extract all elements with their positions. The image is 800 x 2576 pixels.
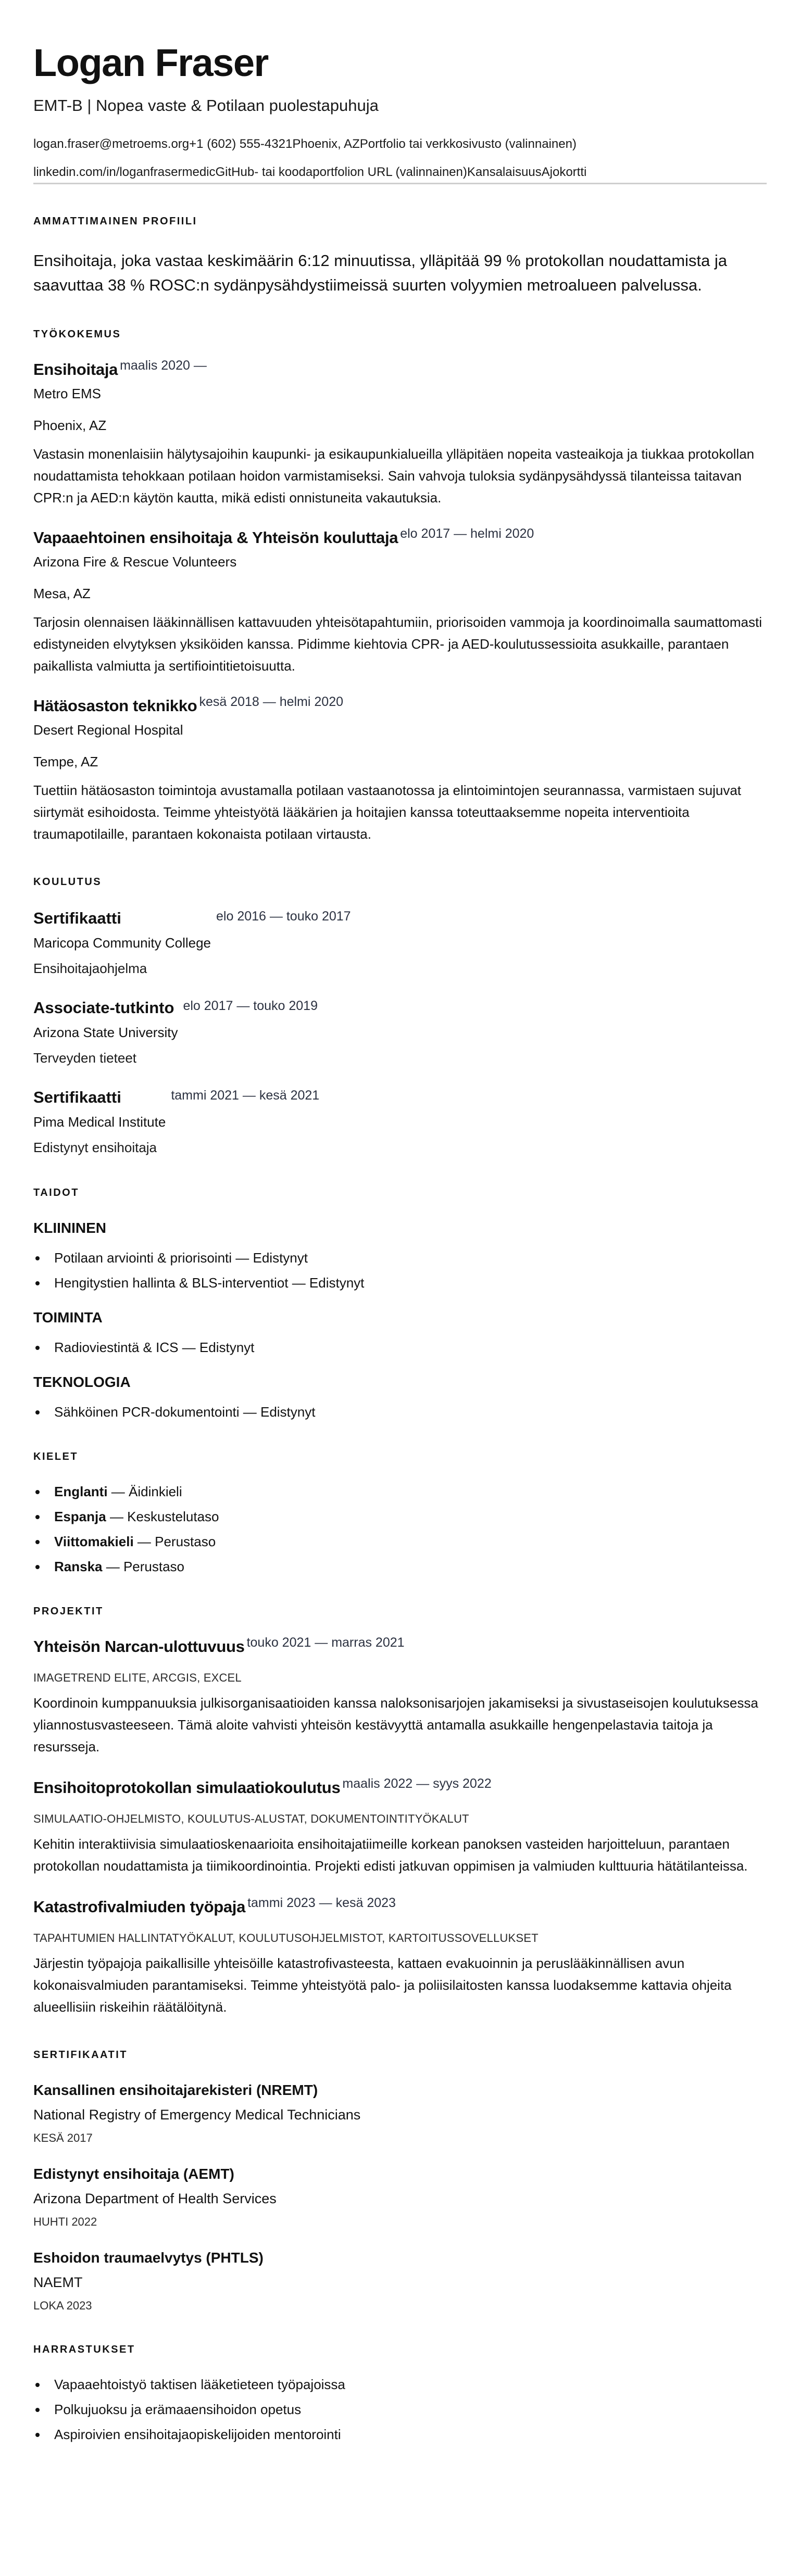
skill-list: Sähköinen PCR-dokumentointi — Edistynyt — [33, 1404, 767, 1420]
project-title: Katastrofivalmiuden työpaja — [33, 1898, 245, 1916]
skill-item: Hengitystien hallinta & BLS-interventiot… — [33, 1275, 767, 1291]
job-location: Mesa, AZ — [33, 586, 767, 602]
project-technologies: IMAGETREND ELITE, ARCGIS, EXCEL — [33, 1671, 767, 1685]
degree-title: Associate-tutkinto — [33, 999, 178, 1017]
certification-date: KESÄ 2017 — [33, 2131, 767, 2145]
job-location: Tempe, AZ — [33, 754, 767, 770]
certification-entry: Edistynyt ensihoitaja (AEMT)Arizona Depa… — [33, 2166, 767, 2229]
education-dates: tammi 2021 — kesä 2021 — [171, 1088, 319, 1107]
language-level: — Perustaso — [134, 1534, 216, 1549]
job-dates: elo 2017 — helmi 2020 — [400, 526, 534, 541]
education-list: Sertifikaattielo 2016 — touko 2017Marico… — [33, 909, 767, 1156]
skill-item: Potilaan arviointi & priorisointi — Edis… — [33, 1250, 767, 1266]
language-item: Espanja — Keskustelutaso — [33, 1509, 767, 1524]
skill-group: TEKNOLOGIASähköinen PCR-dokumentointi — … — [33, 1374, 767, 1420]
skill-group-title: KLIININEN — [33, 1220, 767, 1236]
profile-summary: Ensihoitaja, joka vastaa keskimäärin 6:1… — [33, 248, 767, 297]
school-name: Pima Medical Institute — [33, 1114, 166, 1130]
language-name: Ranska — [54, 1559, 103, 1574]
project-title: Ensihoitoprotokollan simulaatiokoulutus — [33, 1778, 340, 1797]
certification-name: Edistynyt ensihoitaja (AEMT) — [33, 2166, 767, 2182]
project-entry: Yhteisön Narcan-ulottuvuustouko 2021 — m… — [33, 1638, 767, 1758]
interests-section: HARRASTUKSET Vapaaehtoistyö taktisen lää… — [33, 2344, 767, 2442]
job-title: Hätäosaston teknikko — [33, 697, 197, 715]
skills-list: KLIININENPotilaan arviointi & priorisoin… — [33, 1220, 767, 1420]
field-of-study: Ensihoitajaohjelma — [33, 961, 211, 977]
languages-section: KIELET Englanti — ÄidinkieliEspanja — Ke… — [33, 1451, 767, 1574]
section-title: AMMATTIMAINEN PROFIILI — [33, 216, 767, 228]
location: Phoenix, AZ — [292, 137, 359, 151]
certification-name: Eshoidon traumaelvytys (PHTLS) — [33, 2250, 767, 2266]
certification-issuer: NAEMT — [33, 2275, 767, 2291]
linkedin-link[interactable]: linkedin.com/in/loganfrasermedic — [33, 165, 216, 179]
section-title: KIELET — [33, 1451, 767, 1463]
header-divider — [33, 183, 767, 184]
job-dates: kesä 2018 — helmi 2020 — [199, 694, 343, 709]
language-item: Ranska — Perustaso — [33, 1559, 767, 1574]
certifications-list: Kansallinen ensihoitajarekisteri (NREMT)… — [33, 2082, 767, 2313]
certification-entry: Eshoidon traumaelvytys (PHTLS)NAEMTLOKA … — [33, 2250, 767, 2313]
skill-item: Sähköinen PCR-dokumentointi — Edistynyt — [33, 1404, 767, 1420]
experience-list: Ensihoitajamaalis 2020 —Metro EMSPhoenix… — [33, 361, 767, 845]
drivers-license: Ajokortti — [542, 165, 587, 179]
interest-item: Vapaaehtoistyö taktisen lääketieteen työ… — [33, 2377, 767, 2392]
education-entry: Sertifikaattielo 2016 — touko 2017Marico… — [33, 909, 767, 977]
project-header: Yhteisön Narcan-ulottuvuustouko 2021 — m… — [33, 1638, 767, 1655]
section-title: TAIDOT — [33, 1187, 767, 1199]
phone-number[interactable]: +1 (602) 555-4321 — [189, 137, 292, 151]
resume-header: Logan Fraser EMT-B | Nopea vaste & Potil… — [33, 43, 767, 184]
skill-group-title: TEKNOLOGIA — [33, 1374, 767, 1391]
project-technologies: SIMULAATIO-OHJELMISTO, KOULUTUS-ALUSTAT,… — [33, 1812, 767, 1826]
language-name: Viittomakieli — [54, 1534, 134, 1549]
projects-list: Yhteisön Narcan-ulottuvuustouko 2021 — m… — [33, 1638, 767, 2018]
profile-section: AMMATTIMAINEN PROFIILI Ensihoitaja, joka… — [33, 216, 767, 297]
certification-name: Kansallinen ensihoitajarekisteri (NREMT) — [33, 2082, 767, 2099]
degree-title: Sertifikaatti — [33, 1088, 166, 1107]
project-entry: Ensihoitoprotokollan simulaatiokoulutusm… — [33, 1779, 767, 1877]
certification-issuer: Arizona Department of Health Services — [33, 2191, 767, 2207]
job-organization: Desert Regional Hospital — [33, 722, 767, 738]
certification-date: LOKA 2023 — [33, 2299, 767, 2313]
certification-entry: Kansallinen ensihoitajarekisteri (NREMT)… — [33, 2082, 767, 2145]
project-dates: maalis 2022 — syys 2022 — [342, 1776, 491, 1791]
interests-list: Vapaaehtoistyö taktisen lääketieteen työ… — [33, 2377, 767, 2442]
project-header: Ensihoitoprotokollan simulaatiokoulutusm… — [33, 1779, 767, 1796]
degree-title: Sertifikaatti — [33, 909, 211, 928]
contact-row-1: logan.fraser@metroems.org+1 (602) 555-43… — [33, 137, 767, 152]
skill-group-title: TOIMINTA — [33, 1309, 767, 1326]
school-name: Maricopa Community College — [33, 935, 211, 951]
candidate-headline: EMT-B | Nopea vaste & Potilaan puolestap… — [33, 96, 767, 115]
project-header: Katastrofivalmiuden työpajatammi 2023 — … — [33, 1899, 767, 1915]
section-title: TYÖKOKEMUS — [33, 329, 767, 340]
interest-item: Polkujuoksu ja erämaaensihoidon opetus — [33, 2402, 767, 2417]
job-organization: Arizona Fire & Rescue Volunteers — [33, 554, 767, 570]
experience-entry-header: Vapaaehtoinen ensihoitaja & Yhteisön kou… — [33, 529, 767, 546]
project-technologies: TAPAHTUMIEN HALLINTATYÖKALUT, KOULUTUSOH… — [33, 1931, 767, 1945]
language-item: Viittomakieli — Perustaso — [33, 1534, 767, 1549]
job-title: Vapaaehtoinen ensihoitaja & Yhteisön kou… — [33, 528, 398, 547]
contact-row-2: linkedin.com/in/loganfrasermedicGitHub- … — [33, 165, 767, 180]
language-level: — Perustaso — [103, 1559, 185, 1574]
education-dates: elo 2016 — touko 2017 — [216, 909, 351, 928]
job-description: Tuettiin hätäosaston toimintoja avustama… — [33, 779, 767, 845]
interest-item: Aspiroivien ensihoitajaopiskelijoiden me… — [33, 2427, 767, 2442]
job-description: Vastasin monenlaisiin hälytysajoihin kau… — [33, 443, 767, 509]
project-description: Järjestin työpajoja paikallisille yhteis… — [33, 1952, 767, 2018]
certification-issuer: National Registry of Emergency Medical T… — [33, 2107, 767, 2123]
certifications-section: SERTIFIKAATIT Kansallinen ensihoitajarek… — [33, 2049, 767, 2313]
section-title: KOULUTUS — [33, 876, 767, 888]
portfolio-link[interactable]: Portfolio tai verkkosivusto (valinnainen… — [360, 137, 577, 151]
education-entry: Sertifikaattitammi 2021 — kesä 2021Pima … — [33, 1088, 767, 1156]
skill-group: TOIMINTARadioviestintä & ICS — Edistynyt — [33, 1309, 767, 1355]
job-organization: Metro EMS — [33, 386, 767, 402]
experience-entry: Vapaaehtoinen ensihoitaja & Yhteisön kou… — [33, 529, 767, 677]
job-title: Ensihoitaja — [33, 360, 118, 378]
education-entry: Associate-tutkintoelo 2017 — touko 2019A… — [33, 999, 767, 1066]
language-item: Englanti — Äidinkieli — [33, 1484, 767, 1499]
experience-entry-header: Ensihoitajamaalis 2020 — — [33, 361, 767, 377]
field-of-study: Edistynyt ensihoitaja — [33, 1140, 166, 1156]
school-name: Arizona State University — [33, 1025, 178, 1041]
field-of-study: Terveyden tieteet — [33, 1050, 178, 1066]
email-link[interactable]: logan.fraser@metroems.org — [33, 137, 189, 151]
experience-entry: Hätäosaston teknikkokesä 2018 — helmi 20… — [33, 698, 767, 845]
skills-section: TAIDOT KLIININENPotilaan arviointi & pri… — [33, 1187, 767, 1420]
citizenship: Kansalaisuus — [467, 165, 542, 179]
candidate-name: Logan Fraser — [33, 43, 767, 83]
project-description: Koordinoin kumppanuuksia julkisorganisaa… — [33, 1692, 767, 1758]
job-dates: maalis 2020 — — [120, 358, 207, 373]
language-level: — Äidinkieli — [108, 1484, 182, 1499]
experience-section: TYÖKOKEMUS Ensihoitajamaalis 2020 —Metro… — [33, 329, 767, 845]
resume-page: Logan Fraser EMT-B | Nopea vaste & Potil… — [0, 0, 800, 2482]
experience-entry: Ensihoitajamaalis 2020 —Metro EMSPhoenix… — [33, 361, 767, 509]
education-section: KOULUTUS Sertifikaattielo 2016 — touko 2… — [33, 876, 767, 1156]
project-dates: touko 2021 — marras 2021 — [247, 1635, 405, 1650]
language-level: — Keskustelutaso — [106, 1509, 219, 1524]
skill-group: KLIININENPotilaan arviointi & priorisoin… — [33, 1220, 767, 1291]
section-title: HARRASTUKSET — [33, 2344, 767, 2356]
project-entry: Katastrofivalmiuden työpajatammi 2023 — … — [33, 1899, 767, 2018]
certification-date: HUHTI 2022 — [33, 2215, 767, 2229]
project-description: Kehitin interaktiivisia simulaatioskenaa… — [33, 1833, 767, 1877]
skill-item: Radioviestintä & ICS — Edistynyt — [33, 1340, 767, 1355]
github-link[interactable]: GitHub- tai koodaportfolion URL (valinna… — [216, 165, 467, 179]
languages-list: Englanti — ÄidinkieliEspanja — Keskustel… — [33, 1484, 767, 1574]
language-name: Espanja — [54, 1509, 106, 1524]
section-title: SERTIFIKAATIT — [33, 2049, 767, 2061]
section-title: PROJEKTIT — [33, 1606, 767, 1618]
skill-list: Potilaan arviointi & priorisointi — Edis… — [33, 1250, 767, 1291]
skill-list: Radioviestintä & ICS — Edistynyt — [33, 1340, 767, 1355]
projects-section: PROJEKTIT Yhteisön Narcan-ulottuvuustouk… — [33, 1606, 767, 2018]
project-dates: tammi 2023 — kesä 2023 — [247, 1896, 396, 1910]
experience-entry-header: Hätäosaston teknikkokesä 2018 — helmi 20… — [33, 698, 767, 714]
job-location: Phoenix, AZ — [33, 418, 767, 434]
job-description: Tarjosin olennaisen lääkinnällisen katta… — [33, 611, 767, 677]
education-dates: elo 2017 — touko 2019 — [183, 999, 318, 1017]
project-title: Yhteisön Narcan-ulottuvuus — [33, 1637, 245, 1656]
language-name: Englanti — [54, 1484, 108, 1499]
